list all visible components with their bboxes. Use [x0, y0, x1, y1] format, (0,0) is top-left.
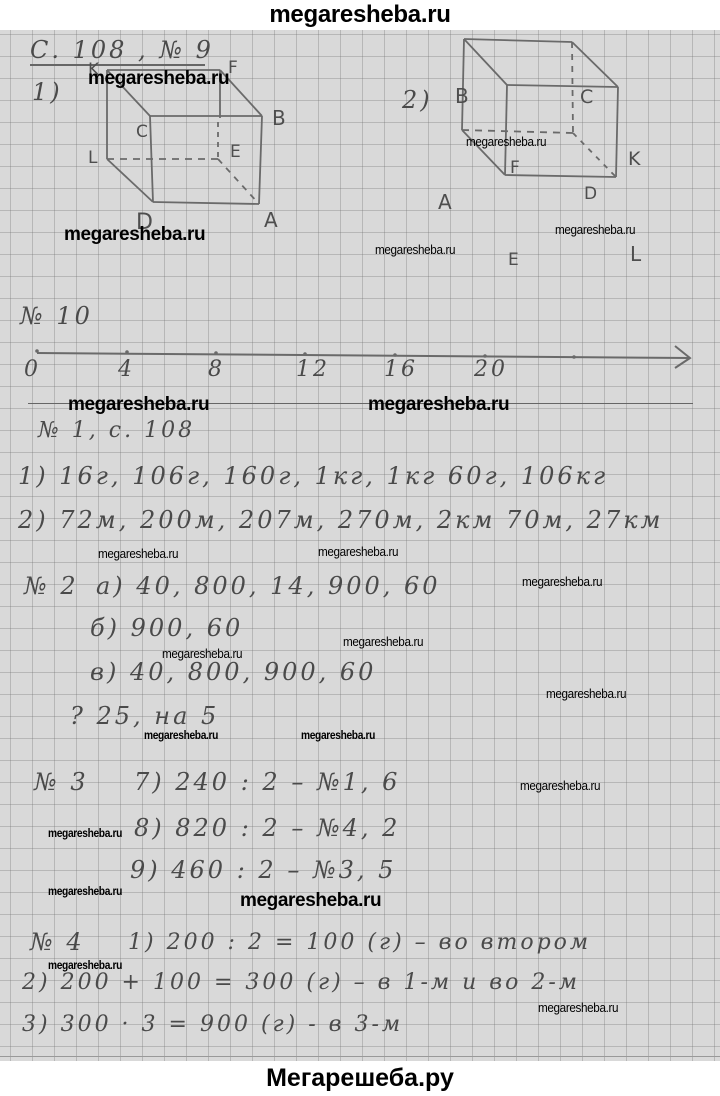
watermark: megaresheba.ru: [64, 224, 205, 246]
ex3-line9: 9) 460 : 2 – №3, 5: [130, 856, 396, 884]
tick-20: 20: [474, 357, 508, 382]
tick-16: 16: [384, 357, 418, 382]
watermark: megaresheba.ru: [88, 68, 229, 90]
watermark: megaresheba.ru: [98, 546, 178, 561]
watermark: megaresheba.ru: [546, 686, 626, 701]
ex2-v: в) 40, 800, 900, 60: [90, 658, 376, 686]
notebook-page: С. 108 , № 9 1): [0, 30, 720, 1061]
watermark: megaresheba.ru: [555, 222, 635, 237]
ex4-line3: 3) 300 · 3 = 900 (г) - в 3-м: [22, 1012, 403, 1037]
watermark: megaresheba.ru: [162, 646, 242, 661]
watermark: megaresheba.ru: [68, 394, 209, 416]
ex3-line7: 7) 240 : 2 – №1, 6: [134, 768, 400, 796]
watermark: megaresheba.ru: [301, 728, 375, 742]
tick-8: 8: [208, 357, 225, 382]
ex1-line2: 2) 72м, 200м, 207м, 270м, 2км 70м, 27км: [18, 506, 663, 534]
watermark: megaresheba.ru: [368, 394, 509, 416]
ex4-line2: 2) 200 + 100 = 300 (г) – в 1-м и во 2-м: [22, 970, 580, 995]
watermark: megaresheba.ru: [343, 634, 423, 649]
ex1-title: № 1, с. 108: [38, 418, 195, 443]
watermark: megaresheba.ru: [375, 242, 455, 257]
ex2-title: № 2: [24, 572, 79, 600]
watermark: megaresheba.ru: [48, 826, 122, 840]
ex3-line8: 8) 820 : 2 – №4, 2: [134, 814, 400, 842]
ex4-title: № 4: [30, 928, 85, 956]
watermark: megaresheba.ru: [522, 574, 602, 589]
watermark: megaresheba.ru: [48, 958, 122, 972]
watermark: megaresheba.ru: [538, 1000, 618, 1015]
ex3-title: № 3: [34, 768, 89, 796]
watermark: megaresheba.ru: [520, 778, 600, 793]
ex4-line1: 1) 200 : 2 = 100 (г) – во втором: [128, 930, 591, 955]
tick-12: 12: [296, 357, 330, 382]
watermark: megaresheba.ru: [144, 728, 218, 742]
ex2-b: б) 900, 60: [90, 614, 243, 642]
watermark: megaresheba.ru: [240, 890, 381, 912]
site-footer: Мегарешеба.ру: [0, 1061, 720, 1096]
watermark: megaresheba.ru: [318, 544, 398, 559]
ex2-a: а) 40, 800, 14, 900, 60: [96, 572, 441, 600]
page-bottom-edge: [0, 1056, 720, 1057]
tick-0: 0: [24, 357, 41, 382]
ex2-q: ? 25, на 5: [70, 702, 219, 730]
watermark: megaresheba.ru: [466, 134, 546, 149]
watermark: megaresheba.ru: [48, 884, 122, 898]
site-header: megaresheba.ru: [0, 0, 720, 30]
ex1-line1: 1) 16г, 106г, 160г, 1кг, 1кг 60г, 106кг: [18, 462, 608, 490]
tick-4: 4: [118, 357, 135, 382]
